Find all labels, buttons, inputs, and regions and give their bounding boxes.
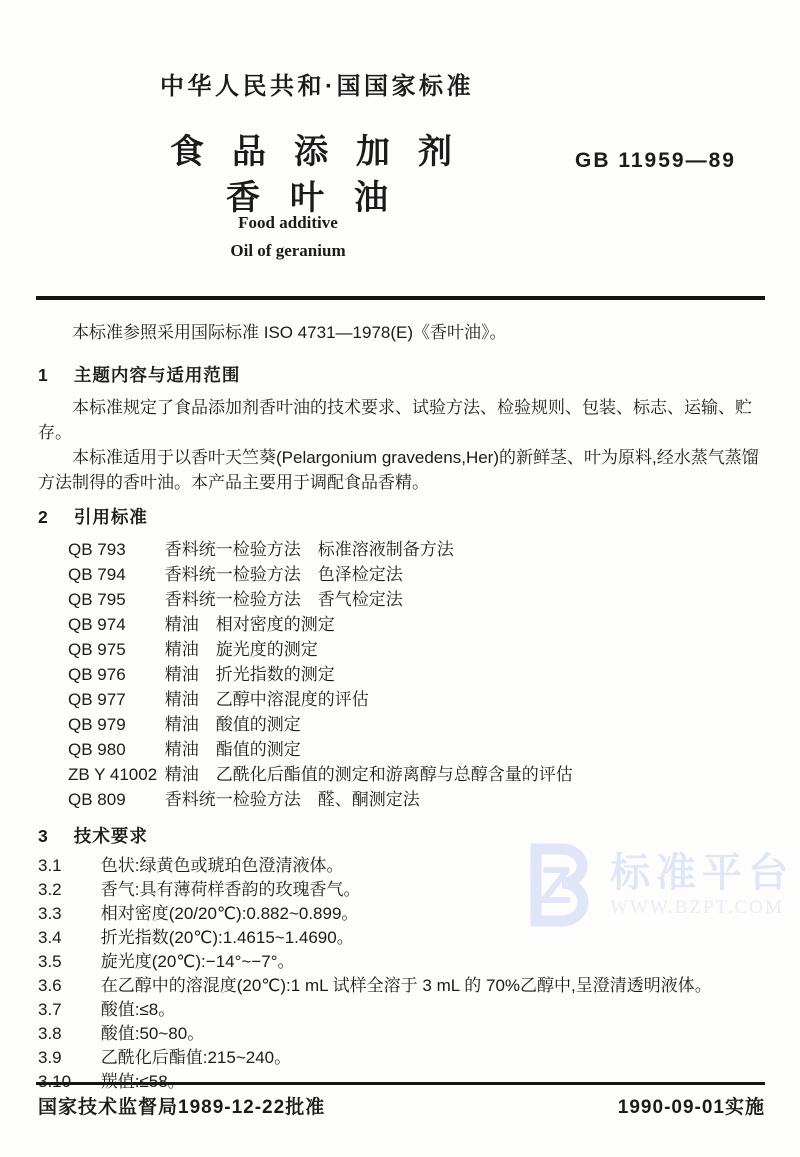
standard-header-line: 中华人民共和·国国家标准 xyxy=(160,66,474,101)
reference-item: QB 974 精油 相对密度的测定 xyxy=(68,612,766,637)
references-list: QB 793 香料统一检验方法 标准溶液制备方法 QB 794 香料统一检验方法… xyxy=(38,537,766,812)
tech-requirement-item: 3.1 色状:绿黄色或琥珀色澄清液体。 xyxy=(38,854,766,878)
section-1-number: 1 xyxy=(38,363,68,387)
section-1-paragraphs: 本标准规定了食品添加剂香叶油的技术要求、试验方法、检验规则、包装、标志、运输、贮… xyxy=(38,395,766,495)
reference-name: 精油 折光指数的测定 xyxy=(165,665,335,684)
reference-item: QB 809 香料统一检验方法 醛、酮测定法 xyxy=(68,787,766,812)
tech-requirement-item: 3.4 折光指数(20℃):1.4615~1.4690。 xyxy=(38,926,766,950)
standard-document-page: Z 标准平台 WWW.BZPT.COM 中华人民共和·国国家标准 食品添加剂 香… xyxy=(0,0,800,1157)
tech-item-number: 3.5 xyxy=(38,950,96,974)
tech-requirement-item: 3.5 旋光度(20℃):−14°~−7°。 xyxy=(38,950,766,974)
footer-approved: 国家技术监督局1989-12-22批准 xyxy=(38,1097,325,1118)
section-3-number: 3 xyxy=(38,824,68,848)
page-title-cn-line1: 食品添加剂 xyxy=(170,124,480,173)
tech-item-number: 3.2 xyxy=(38,878,96,902)
reference-name: 精油 酯值的测定 xyxy=(165,740,301,759)
paragraph: 本标准适用于以香叶天竺葵(Pelargonium gravedens,Her)的… xyxy=(38,445,766,495)
tech-requirement-item: 3.3 相对密度(20/20℃):0.882~0.899。 xyxy=(38,902,766,926)
tech-item-text: 折光指数(20℃):1.4615~1.4690。 xyxy=(101,928,354,947)
reference-name: 精油 旋光度的测定 xyxy=(165,640,318,659)
tech-item-text: 相对密度(20/20℃):0.882~0.899。 xyxy=(101,904,359,923)
reference-code: ZB Y 41002 xyxy=(68,762,158,787)
tech-item-text: 酸值:≤8。 xyxy=(101,1000,176,1019)
tech-requirement-item: 3.6 在乙醇中的溶混度(20℃):1 mL 试样全溶于 3 mL 的 70%乙… xyxy=(38,974,766,998)
section-2-number: 2 xyxy=(38,505,68,529)
reference-name: 精油 相对密度的测定 xyxy=(165,615,335,634)
reference-item: QB 977 精油 乙醇中溶混度的评估 xyxy=(68,687,766,712)
reference-name: 精油 酸值的测定 xyxy=(165,715,301,734)
tech-item-number: 3.1 xyxy=(38,854,96,878)
tech-item-number: 3.4 xyxy=(38,926,96,950)
reference-item: QB 793 香料统一检验方法 标准溶液制备方法 xyxy=(68,537,766,562)
header-divider xyxy=(36,296,765,300)
reference-name: 精油 乙酰化后酯值的测定和游离醇与总醇含量的评估 xyxy=(165,765,573,784)
tech-item-text: 在乙醇中的溶混度(20℃):1 mL 试样全溶于 3 mL 的 70%乙醇中,呈… xyxy=(101,976,712,995)
tech-requirement-item: 3.9 乙酰化后酯值:215~240。 xyxy=(38,1046,766,1070)
reference-code: QB 977 xyxy=(68,687,158,712)
tech-item-text: 酸值:50~80。 xyxy=(101,1024,204,1043)
reference-name: 精油 乙醇中溶混度的评估 xyxy=(165,690,369,709)
section-2-title: 引用标准 xyxy=(74,507,148,527)
reference-code: QB 793 xyxy=(68,537,158,562)
section-3-heading: 3 技术要求 xyxy=(38,824,766,848)
tech-requirement-item: 3.7 酸值:≤8。 xyxy=(38,998,766,1022)
reference-name: 香料统一检验方法 醛、酮测定法 xyxy=(165,790,420,809)
reference-item: QB 980 精油 酯值的测定 xyxy=(68,737,766,762)
reference-item: QB 975 精油 旋光度的测定 xyxy=(68,637,766,662)
tech-requirement-item: 3.2 香气:具有薄荷样香韵的玫瑰香气。 xyxy=(38,878,766,902)
section-1-title: 主题内容与适用范围 xyxy=(74,365,241,385)
reference-name: 香料统一检验方法 色泽检定法 xyxy=(165,565,403,584)
section-3-title: 技术要求 xyxy=(74,826,148,846)
tech-requirement-item: 3.8 酸值:50~80。 xyxy=(38,1022,766,1046)
reference-code: QB 794 xyxy=(68,562,158,587)
tech-requirements-list: 3.1 色状:绿黄色或琥珀色澄清液体。 3.2 香气:具有薄荷样香韵的玫瑰香气。… xyxy=(38,854,766,1094)
standard-code-badge: GB 11959—89 xyxy=(575,149,736,173)
page-title-en-line2: Oil of geranium xyxy=(0,241,576,261)
reference-name: 香料统一检验方法 香气检定法 xyxy=(165,590,403,609)
reference-code: QB 974 xyxy=(68,612,158,637)
tech-item-text: 旋光度(20℃):−14°~−7°。 xyxy=(101,952,295,971)
tech-item-number: 3.6 xyxy=(38,974,96,998)
tech-item-number: 3.8 xyxy=(38,1022,96,1046)
tech-item-number: 3.7 xyxy=(38,998,96,1022)
reference-item: QB 795 香料统一检验方法 香气检定法 xyxy=(68,587,766,612)
document-body: 本标准参照采用国际标准 ISO 4731—1978(E)《香叶油》。 1 主题内… xyxy=(38,312,766,1094)
reference-item: QB 794 香料统一检验方法 色泽检定法 xyxy=(68,562,766,587)
reference-item: ZB Y 41002 精油 乙酰化后酯值的测定和游离醇与总醇含量的评估 xyxy=(68,762,766,787)
tech-item-number: 3.10 xyxy=(38,1070,96,1094)
reference-code: QB 809 xyxy=(68,787,158,812)
footer-effective: 1990-09-01实施 xyxy=(618,1092,765,1119)
section-2-heading: 2 引用标准 xyxy=(38,505,766,529)
tech-item-text: 色状:绿黄色或琥珀色澄清液体。 xyxy=(101,856,344,875)
reference-item: QB 976 精油 折光指数的测定 xyxy=(68,662,766,687)
tech-item-text: 乙酰化后酯值:215~240。 xyxy=(101,1048,291,1067)
tech-item-text: 羰值:≤58。 xyxy=(101,1072,185,1091)
tech-item-text: 香气:具有薄荷样香韵的玫瑰香气。 xyxy=(101,880,361,899)
paragraph: 本标准规定了食品添加剂香叶油的技术要求、试验方法、检验规则、包装、标志、运输、贮… xyxy=(38,395,766,445)
reference-item: QB 979 精油 酸值的测定 xyxy=(68,712,766,737)
tech-item-number: 3.9 xyxy=(38,1046,96,1070)
section-1-heading: 1 主题内容与适用范围 xyxy=(38,363,766,387)
reference-code: QB 795 xyxy=(68,587,158,612)
page-title-en-line1: Food additive xyxy=(0,213,576,233)
tech-requirement-item: 3.10 羰值:≤58。 xyxy=(38,1070,766,1094)
reference-code: QB 975 xyxy=(68,637,158,662)
tech-item-number: 3.3 xyxy=(38,902,96,926)
intro-paragraph: 本标准参照采用国际标准 ISO 4731—1978(E)《香叶油》。 xyxy=(38,320,766,345)
reference-name: 香料统一检验方法 标准溶液制备方法 xyxy=(165,540,454,559)
document-footer: 国家技术监督局1989-12-22批准 1990-09-01实施 xyxy=(38,1092,765,1119)
reference-code: QB 976 xyxy=(68,662,158,687)
reference-code: QB 980 xyxy=(68,737,158,762)
reference-code: QB 979 xyxy=(68,712,158,737)
page-title-cn-line2: 香叶油 xyxy=(226,170,418,219)
